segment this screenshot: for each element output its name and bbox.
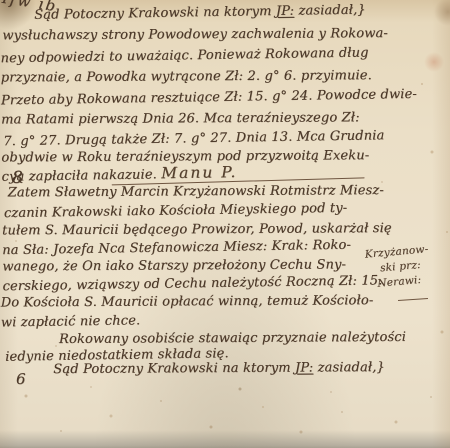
manuscript-line: ney odpowiedzi to uważaiąc. Ponieważ Rok…	[0, 45, 368, 66]
underlined-abbreviation: JP:	[276, 4, 295, 19]
manuscript-line: wysłuchawszy strony Powodowey zachwaleni…	[2, 26, 388, 43]
manuscript-line: Sąd Potoczny Krakowski na ktorym JP: zas…	[34, 3, 366, 23]
manuscript-line: przyznaie, a Powodka wytrącone Zł: 2. g°…	[1, 68, 372, 85]
ink-flourish: 8	[12, 168, 23, 188]
manuscript-line: na Sła: Jozefa Nca Stefanowicza Miesz: K…	[2, 238, 351, 258]
manuscript-line: Zatem Sławetny Marcin Krzyżanowski Rotmi…	[8, 183, 384, 200]
manuscript-line: czanin Krakowski iako Kościoła Mieyskieg…	[4, 201, 348, 221]
manuscript-page: Ifw ib Sąd Potoczny Krakowski na ktorym …	[0, 0, 450, 448]
manuscript-line: Przeto aby Rokowana resztuiące Zł: 15. g…	[1, 87, 417, 109]
ink-flourish: 6	[16, 370, 26, 388]
manuscript-line: wanego, że On iako Starszy przełożony Ce…	[2, 257, 346, 274]
manuscript-line: tułem S. Mauricii będącego Prowizor, Pow…	[2, 221, 392, 238]
manuscript-line: wi zapłacić nie chce.	[1, 313, 141, 330]
manuscript-line: cerskiego, wziąwszy od Cechu należytość …	[2, 273, 382, 294]
manuscript-line: Do Kościoła S. Mauricii opłacać winną, t…	[1, 293, 374, 310]
manuscript-line: 7. g° 27. Drugą także Zł: 7. g° 27. Dnia…	[3, 128, 384, 149]
manuscript-line: Sąd Potoczny Krakowski na ktorym JP: zas…	[53, 360, 385, 377]
underlined-margin-word: Nerawi:	[377, 274, 422, 290]
handwritten-text-block: Sąd Potoczny Krakowski na ktorym JP: zas…	[0, 0, 450, 448]
margin-annotation: Krzyżanow- ski prz: Nerawi:	[364, 240, 450, 292]
manuscript-line: Rokowany osobiście stawaiąc przyznaie na…	[59, 330, 406, 347]
underlined-abbreviation: JP:	[295, 360, 313, 375]
clerk-signature: Manu P.	[161, 163, 238, 182]
manuscript-line: ma Ratami pierwszą Dnia 26. Mca teraźnie…	[1, 110, 360, 127]
